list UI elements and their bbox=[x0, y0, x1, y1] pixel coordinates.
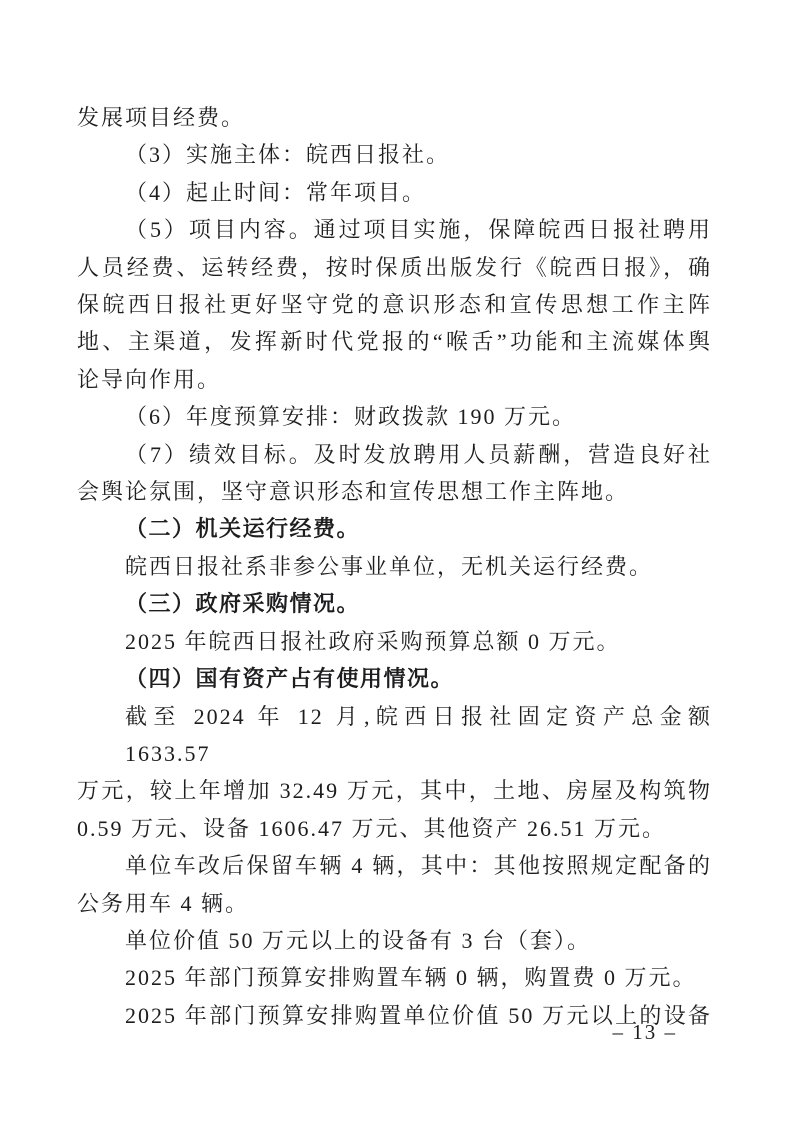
text-line: 公务用车 4 辆。 bbox=[77, 885, 712, 922]
text-line: 论导向作用。 bbox=[77, 361, 712, 398]
text-line: 会舆论氛围，坚守意识形态和宣传思想工作主阵地。 bbox=[77, 473, 712, 510]
text-line: （3）实施主体：皖西日报社。 bbox=[77, 136, 712, 173]
text-line: 发展项目经费。 bbox=[77, 99, 712, 136]
text-line: 2025 年皖西日报社政府采购预算总额 0 万元。 bbox=[77, 623, 712, 660]
section-heading: （三）政府采购情况。 bbox=[77, 585, 712, 622]
section-heading: （四）国有资产占有使用情况。 bbox=[77, 660, 712, 697]
text-line: 截至 2024 年 12 月,皖西日报社固定资产总金额 1633.57 bbox=[77, 698, 712, 773]
text-line: （4）起止时间：常年项目。 bbox=[77, 174, 712, 211]
text-line: 0.59 万元、设备 1606.47 万元、其他资产 26.51 万元。 bbox=[77, 810, 712, 847]
text-line: 人员经费、运转经费，按时保质出版发行《皖西日报》，确 bbox=[77, 249, 712, 286]
text-line: （7）绩效目标。及时发放聘用人员薪酬，营造良好社 bbox=[77, 436, 712, 473]
document-body: 发展项目经费。（3）实施主体：皖西日报社。（4）起止时间：常年项目。（5）项目内… bbox=[77, 99, 712, 1034]
document-page: 发展项目经费。（3）实施主体：皖西日报社。（4）起止时间：常年项目。（5）项目内… bbox=[0, 0, 793, 1122]
text-line: 单位车改后保留车辆 4 辆，其中：其他按照规定配备的 bbox=[77, 847, 712, 884]
page-number: – 13 – bbox=[613, 1019, 678, 1045]
section-heading: （二）机关运行经费。 bbox=[77, 510, 712, 547]
text-line: 万元，较上年增加 32.49 万元，其中，土地、房屋及构筑物 bbox=[77, 772, 712, 809]
text-line: （5）项目内容。通过项目实施，保障皖西日报社聘用 bbox=[77, 211, 712, 248]
text-line: （6）年度预算安排：财政拨款 190 万元。 bbox=[77, 398, 712, 435]
text-line: 2025 年部门预算安排购置车辆 0 辆，购置费 0 万元。 bbox=[77, 959, 712, 996]
text-line: 保皖西日报社更好坚守党的意识形态和宣传思想工作主阵 bbox=[77, 286, 712, 323]
text-line: 皖西日报社系非参公事业单位，无机关运行经费。 bbox=[77, 548, 712, 585]
text-line: 地、主渠道，发挥新时代党报的“喉舌”功能和主流媒体舆 bbox=[77, 323, 712, 360]
text-line: 单位价值 50 万元以上的设备有 3 台（套）。 bbox=[77, 922, 712, 959]
